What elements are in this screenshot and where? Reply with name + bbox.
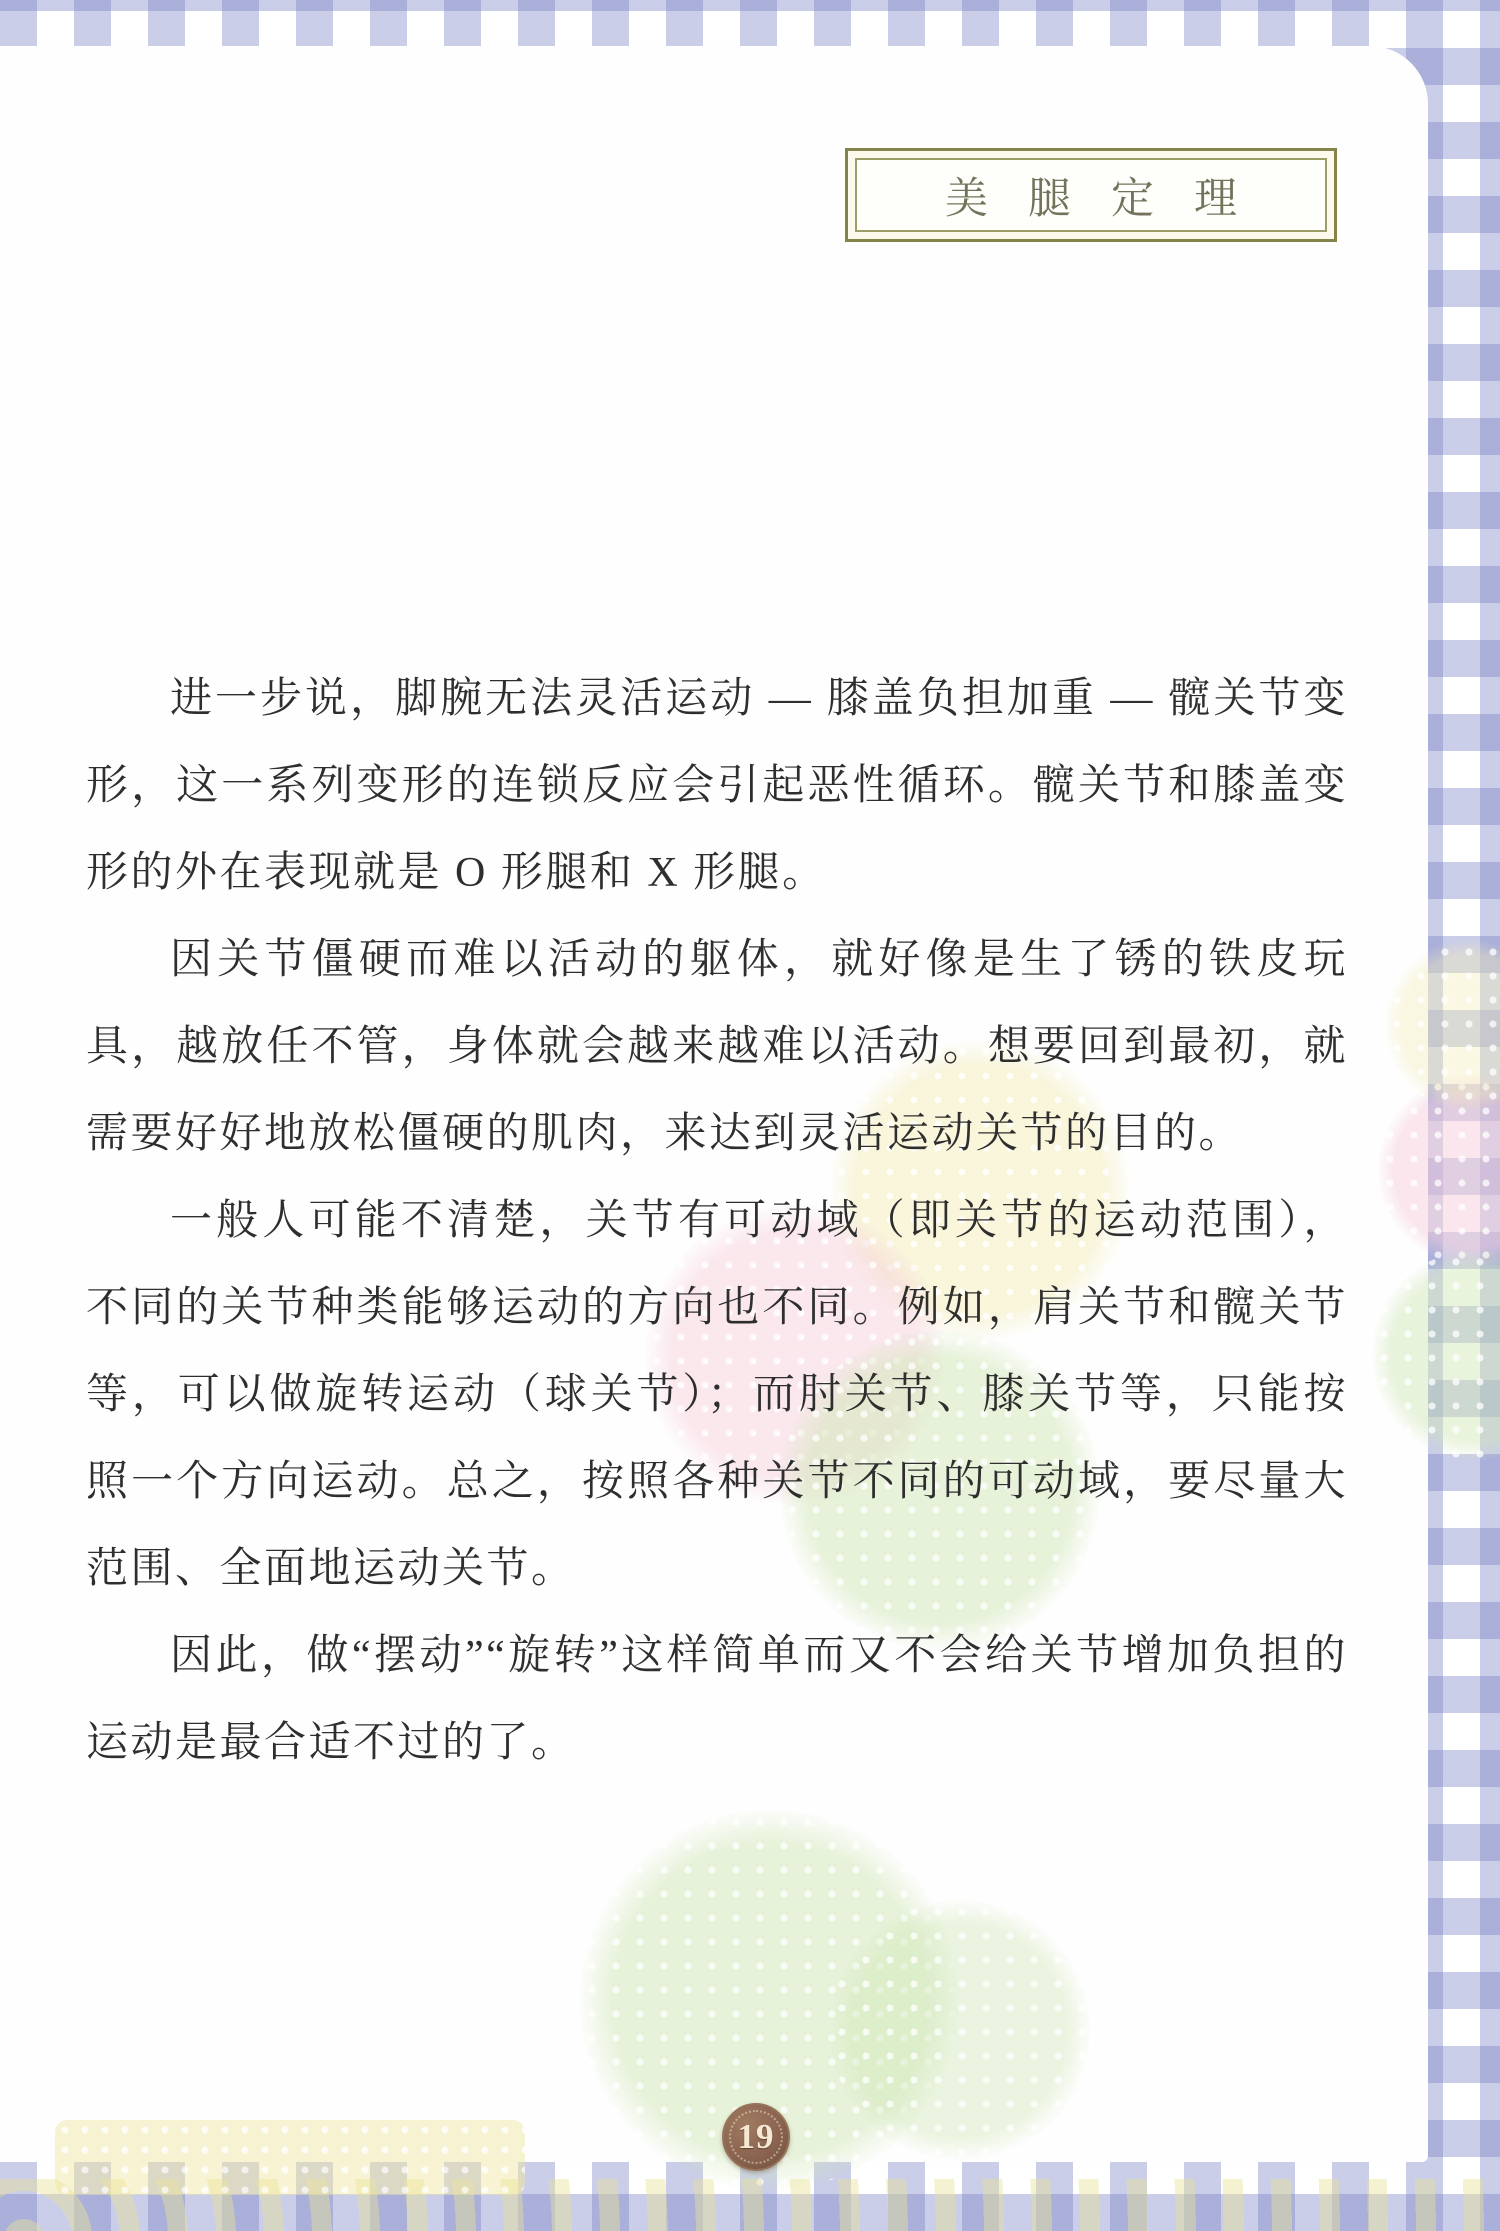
doily-green-bottom-small-decoration xyxy=(830,1900,1090,2160)
paragraph: 进一步说，脚腕无法灵活运动 — 膝盖负担加重 — 髋关节变形，这一系列变形的连锁… xyxy=(86,656,1348,917)
chapter-title: 美腿定理 xyxy=(905,165,1277,226)
body-text: 进一步说，脚腕无法灵活运动 — 膝盖负担加重 — 髋关节变形，这一系列变形的连锁… xyxy=(86,656,1348,1787)
page-number: 19 xyxy=(738,2117,775,2157)
lace-border-bottom-left xyxy=(55,2120,525,2195)
paragraph: 因关节僵硬而难以活动的躯体，就好像是生了锈的铁皮玩具，越放任不管，身体就会越来越… xyxy=(86,917,1348,1178)
paragraph: 因此，做“摆动”“旋转”这样简单而又不会给关节增加负担的运动是最合适不过的了。 xyxy=(86,1613,1348,1787)
paragraph: 一般人可能不清楚，关节有可动域（即关节的运动范围），不同的关节种类能够运动的方向… xyxy=(86,1178,1348,1613)
page-number-badge: 19 xyxy=(722,2103,790,2171)
chapter-title-inner-frame: 美腿定理 xyxy=(855,158,1327,232)
chapter-title-box: 美腿定理 xyxy=(845,148,1337,242)
book-page: { "page": { "header": { "title": "美腿定理" … xyxy=(0,0,1500,2231)
